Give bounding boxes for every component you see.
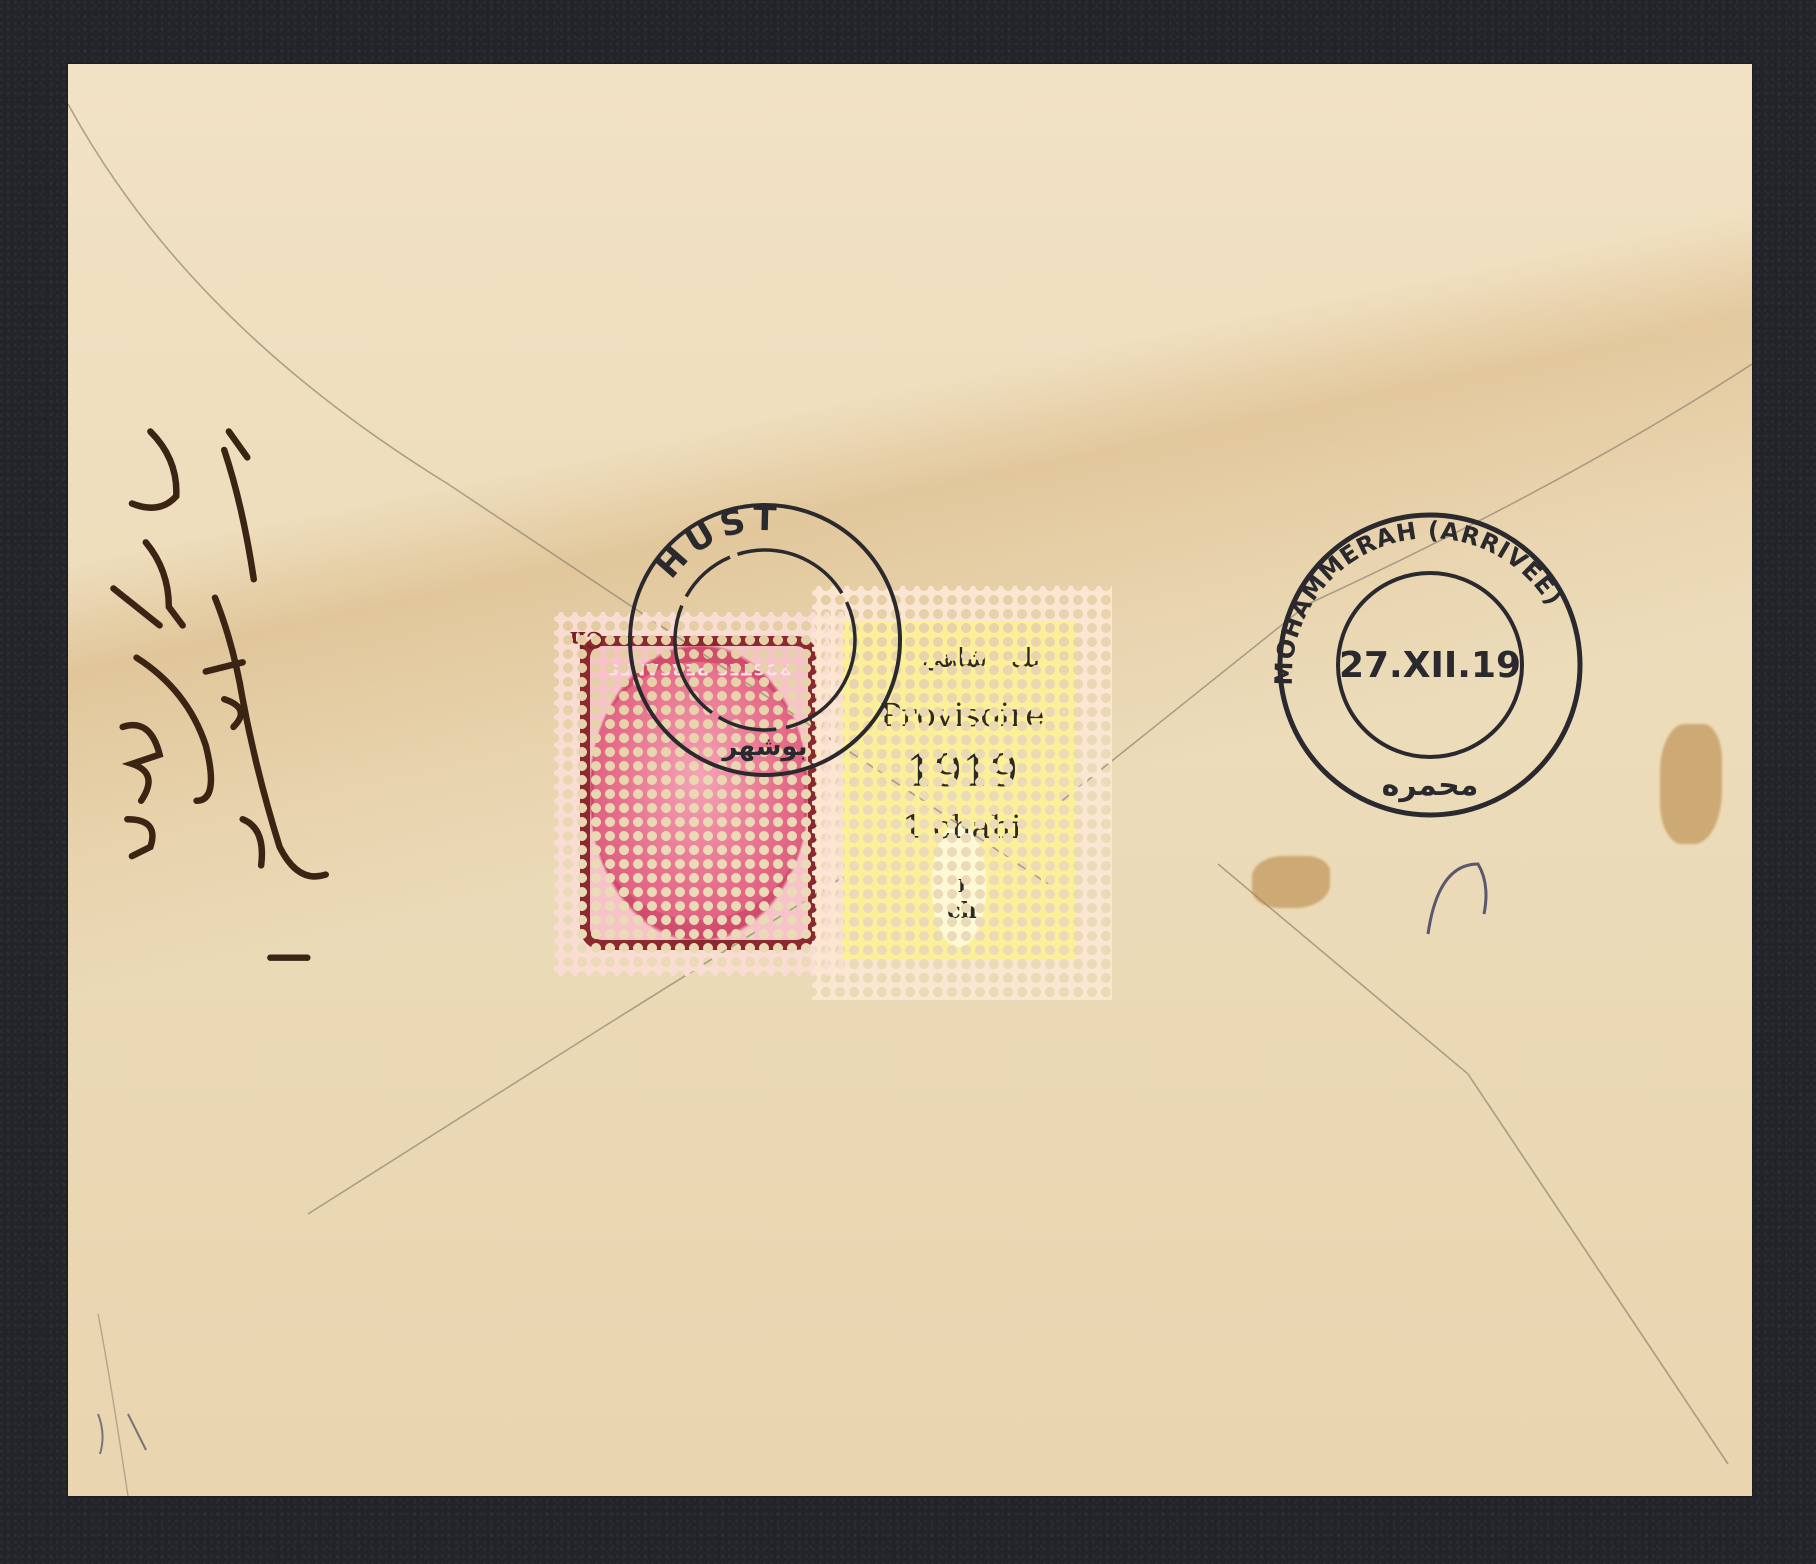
postmark-arrival: MOHAMMERAH (ARRIVEE) 27.XII.19 محمره — [1265, 505, 1595, 829]
postmark-departure: HUST بوشهر — [615, 490, 915, 794]
svg-text:HUST: HUST — [648, 499, 783, 586]
pencil-mark-corner — [88, 1404, 168, 1468]
postmark-arrival-date: 27.XII.19 — [1339, 645, 1521, 686]
stamp-arabic-left: شاهى — [922, 644, 987, 674]
postmark-arrival-bottom: محمره — [1382, 768, 1479, 803]
postmark-departure-bottom: بوشهر — [721, 732, 808, 762]
stain-lower — [1252, 856, 1330, 908]
postmark-departure-text: HUST — [648, 499, 783, 586]
stamp-overprint-value: 1 chahi — [812, 808, 1112, 846]
stamp-small-numeral: I — [812, 876, 1112, 897]
pencil-mark-arc — [1418, 854, 1498, 958]
stain-right — [1660, 724, 1722, 844]
stamp-small-unit: ch — [812, 898, 1112, 924]
handwritten-notation: خط فرنگی ١٣٤٣ — [95, 390, 335, 990]
stamp-arabic-right: يك — [1011, 644, 1040, 674]
stamp-value: Ch — [570, 626, 604, 652]
